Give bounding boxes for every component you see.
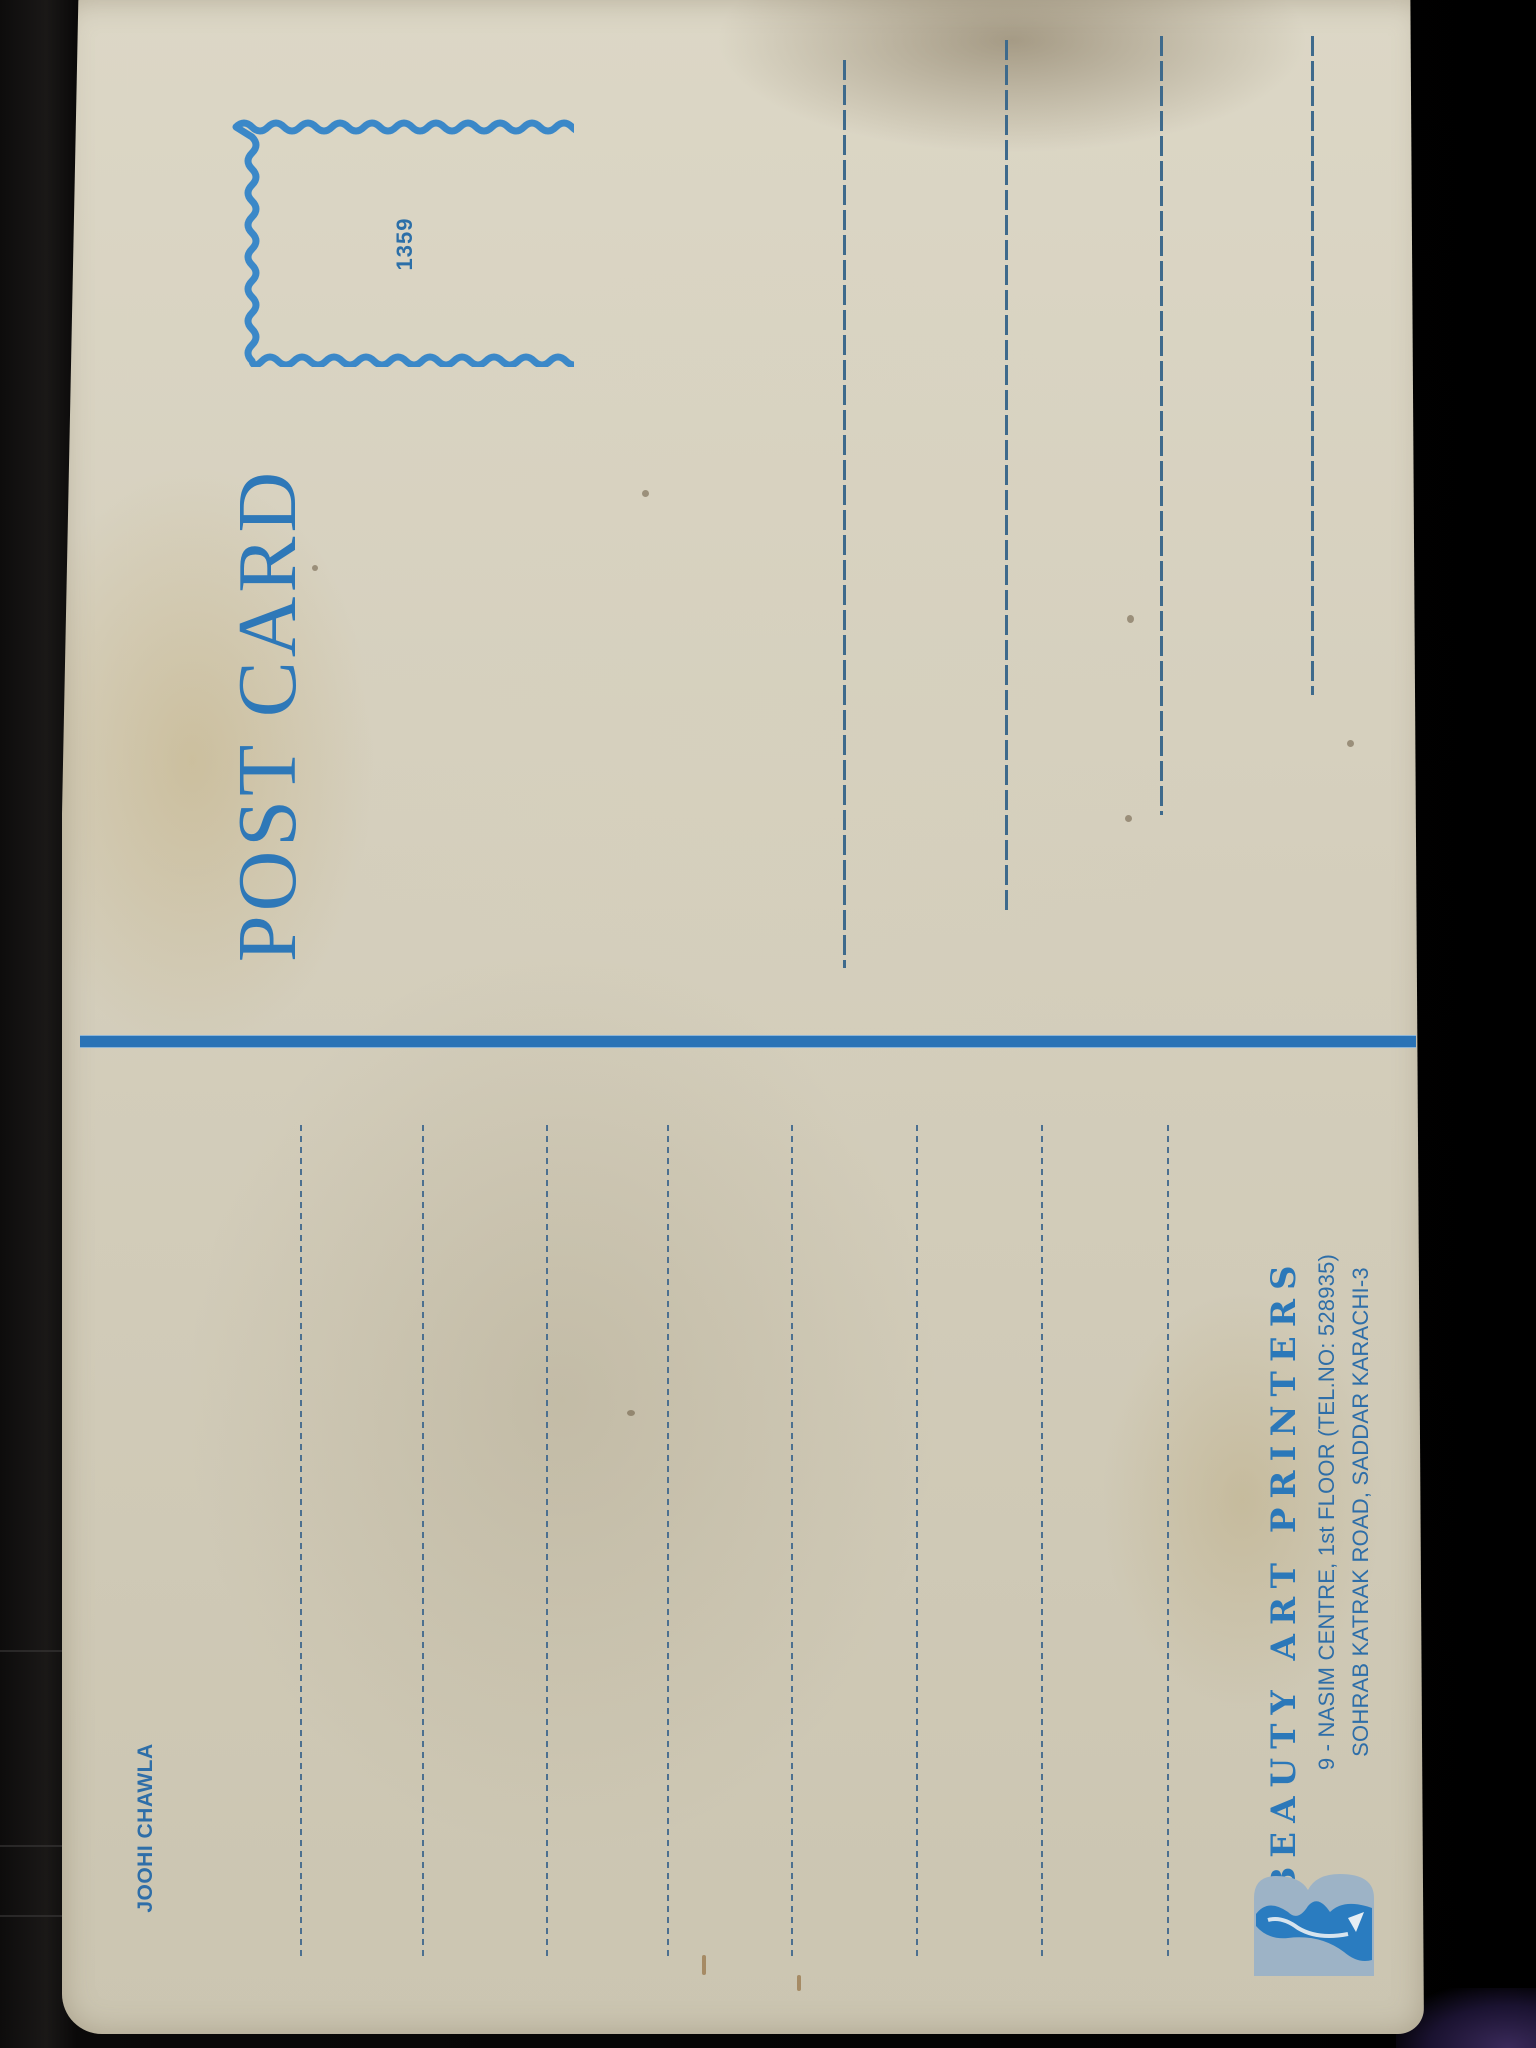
- message-line-6[interactable]: [916, 1125, 918, 1957]
- stain: [1127, 615, 1134, 623]
- backdrop-stripe: [0, 1845, 70, 1847]
- address-line-1[interactable]: [843, 60, 846, 968]
- printer-name: BEAUTY ART PRINTERS: [1267, 1256, 1301, 1895]
- stain: [1347, 740, 1354, 747]
- stain: [1125, 815, 1132, 822]
- stamp-number: 1359: [392, 218, 418, 271]
- stain: [642, 490, 649, 497]
- backdrop-stripe: [0, 1650, 70, 1652]
- backdrop-stripe: [0, 1915, 70, 1917]
- address-line-3[interactable]: [1160, 36, 1163, 815]
- center-divider: [80, 1035, 1416, 1048]
- post-card-title: POST CARD: [226, 468, 310, 962]
- printer-address-line-2: SOHRAB KATRAK ROAD, SADDAR KARACHI-3: [1350, 1267, 1372, 1757]
- printer-logo: [1248, 1868, 1380, 1976]
- card-caption: JOOHI CHAWLA: [134, 1743, 158, 1912]
- message-line-7[interactable]: [1041, 1125, 1043, 1957]
- wave-logo-icon: [1248, 1868, 1380, 1976]
- stain: [627, 1410, 635, 1416]
- address-line-4[interactable]: [1311, 36, 1314, 695]
- stain: [702, 1955, 706, 1975]
- printer-address-line-1: 9 - NASIM CENTRE, 1st FLOOR (TEL.NO: 528…: [1316, 1254, 1338, 1770]
- message-line-1[interactable]: [300, 1125, 302, 1957]
- message-line-4[interactable]: [667, 1125, 669, 1957]
- message-line-2[interactable]: [422, 1125, 424, 1957]
- message-line-3[interactable]: [546, 1125, 548, 1957]
- address-line-2[interactable]: [1005, 40, 1008, 912]
- message-line-5[interactable]: [791, 1125, 793, 1957]
- message-line-8[interactable]: [1167, 1125, 1169, 1957]
- stain: [797, 1975, 801, 1991]
